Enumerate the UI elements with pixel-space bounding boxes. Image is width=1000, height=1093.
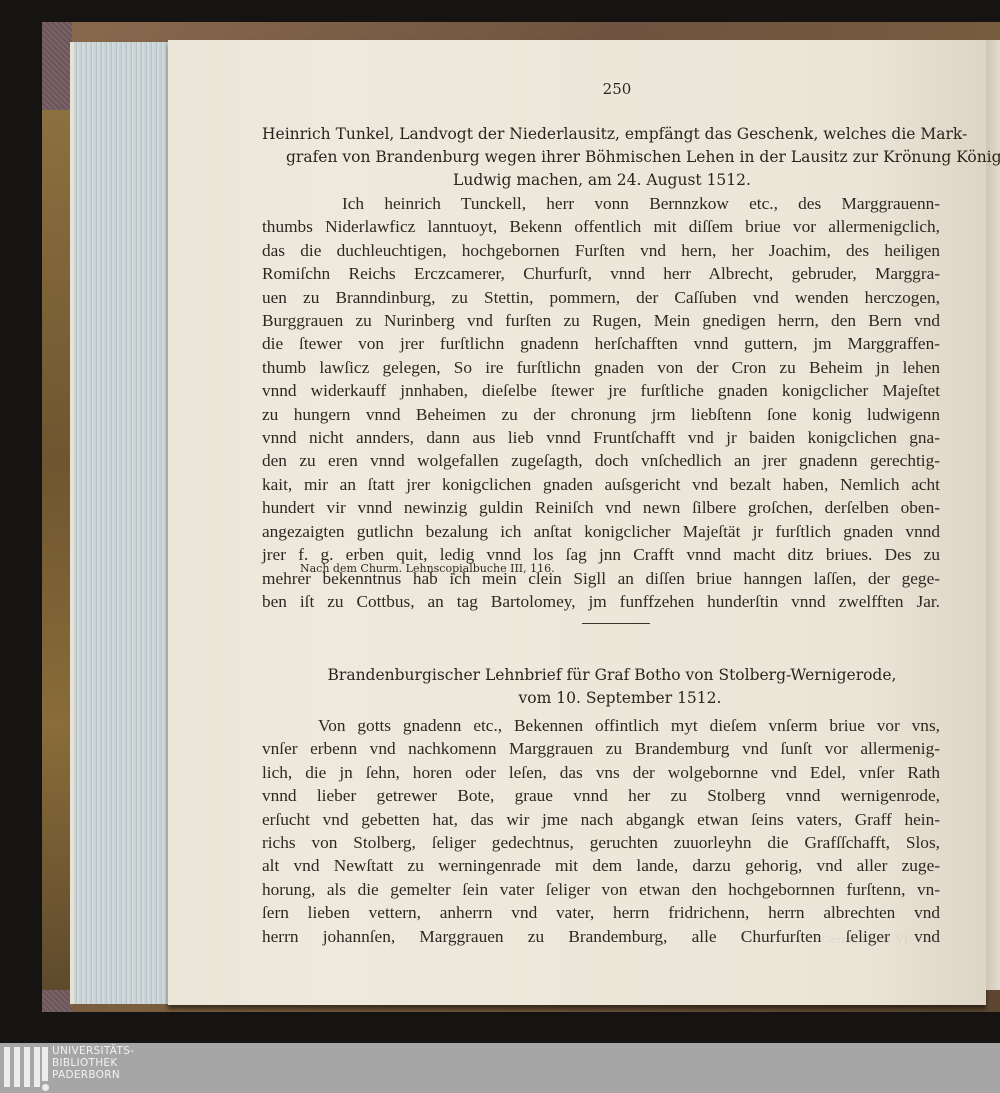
body-line: ben iſt zu Cottbus, an tag Bartolomey, j… (262, 590, 940, 613)
book-scan: 250 Heinrich Tunkel, Landvogt der Nieder… (0, 0, 1000, 1043)
entry-2445-source: Nach dem Churm. Lehnscopialbuche III, 11… (300, 562, 555, 575)
logo-line: BIBLIOTHEK (52, 1057, 134, 1069)
body-line: den zu eren vnnd wolgefallen zugeſagth, … (262, 449, 940, 472)
body-line: Von gotts gnadenn etc., Bekennen offintl… (262, 714, 940, 737)
body-line: ſern lieben vettern, anherrn vnd vater, … (262, 901, 940, 924)
cover-marbled-paper (42, 110, 72, 990)
body-line: vnſer erbenn vnd nachkomenn Marggrauen z… (262, 737, 940, 760)
logo-line: UNIVERSITÄTS- (52, 1045, 134, 1057)
body-line: angezaigten gutlichn bezalung ich anſtat… (262, 520, 940, 543)
body-line: Ich heinrich Tunckell, herr vonn Bernnzk… (262, 192, 940, 215)
body-line: vnnd nicht annders, dann aus lieb vnnd F… (262, 426, 940, 449)
body-line: horung, als die gemelter ſein vater ſeli… (262, 878, 940, 901)
body-line: Romiſchn Reichs Erczcamerer, Churfurſt, … (262, 262, 940, 285)
heading-line: grafen von Brandenburg wegen ihrer Böhmi… (262, 146, 942, 169)
page-number: 250 (262, 80, 972, 98)
entry-2445-heading: Heinrich Tunkel, Landvogt der Niederlaus… (262, 123, 942, 192)
section-divider (582, 623, 650, 624)
body-line: richs von Stolberg, ſeliger gedechtnus, … (262, 831, 940, 854)
bleed-through-text: Geszth. II. Bd. VI. (822, 928, 911, 951)
entry-2446-body: Von gotts gnadenn etc., Bekennen offintl… (262, 714, 940, 948)
heading-line: vom 10. September 1512. (262, 687, 942, 710)
heading-line: Ludwig machen, am 24. August 1512. (262, 169, 942, 192)
body-line: erſucht vnd gebetten hat, das wir jme na… (262, 808, 940, 831)
entry-2446-heading: Brandenburgischer Lehnbrief für Graf Bot… (262, 664, 942, 710)
entry-2445-body: Ich heinrich Tunckell, herr vonn Bernnzk… (262, 192, 940, 613)
body-line: vnnd widerkauff jnnhaben, dieſelbe ſtewe… (262, 379, 940, 402)
body-line: lich, die jn ſehn, horen oder leſen, das… (262, 761, 940, 784)
body-line: alt vnd Newſtatt zu werningenrade mit de… (262, 854, 940, 877)
library-logo-text: UNIVERSITÄTS- BIBLIOTHEK PADERBORN (52, 1045, 134, 1081)
heading-line: Brandenburgischer Lehnbrief für Graf Bot… (262, 664, 942, 687)
body-line: kait, mir an ſtatt jrer konigclichen gna… (262, 473, 940, 496)
body-line: hundert vir vnnd newinzig guldin Reiniſc… (262, 496, 940, 519)
body-line: thumbs Niderlawficz lanntuoyt, Bekenn of… (262, 215, 940, 238)
page-edges (70, 42, 172, 1004)
body-line: thumb lawſicz gelegen, So ire furſtlichn… (262, 356, 940, 379)
library-footer: UNIVERSITÄTS- BIBLIOTHEK PADERBORN (0, 1043, 1000, 1093)
logo-line: PADERBORN (52, 1069, 134, 1081)
body-line: vnnd lieber getrewer Bote, graue vnnd he… (262, 784, 940, 807)
body-line: das die duchleuchtigen, hochgebornen Fur… (262, 239, 940, 262)
body-line: Burggrauen zu Nurinberg vnd furſten zu R… (262, 309, 940, 332)
body-line: uen zu Branndinburg, zu Stettin, pommern… (262, 286, 940, 309)
heading-line: Heinrich Tunkel, Landvogt der Niederlaus… (262, 123, 942, 146)
page-right-edge (986, 40, 1000, 990)
body-line: die ſtewer von jrer furſtlichn gnadenn h… (262, 332, 940, 355)
body-line: zu hungern vnnd Beheimen zu der chronung… (262, 403, 940, 426)
